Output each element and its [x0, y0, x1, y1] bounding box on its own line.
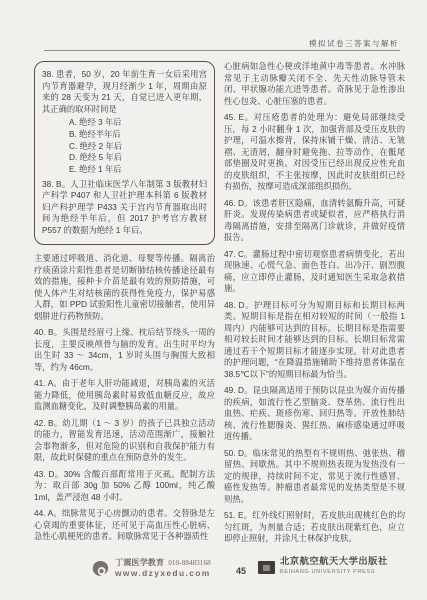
- publisher-name-en: BEIHANG UNIVERSITY PRESS: [280, 568, 388, 578]
- answer-45: 45. E。对压疮患者的处理为：避免局部继续受压，每 2 小时翻身 1 次，加强…: [224, 112, 405, 193]
- two-column-body: 38. 患者，50 岁，20 年前生育一女后采用宫内节育器避孕，现月经渐少 1 …: [34, 61, 405, 545]
- question-38-option-c: C. 绝经 2 年后: [69, 141, 207, 153]
- dzyx-phone: 010-88483168: [168, 558, 211, 567]
- question-38-option-e: E. 绝经 1 年后: [69, 164, 207, 176]
- publisher-text: 北京航空航天大学出版社 BEIHANG UNIVERSITY PRESS: [280, 558, 388, 577]
- answer-42: 42. B。幼儿期（1 ～ 3 岁）的孩子已具独立活动的能力，智能发育迅速，活动…: [34, 418, 215, 464]
- answer-41: 41. A。由于老年人肝功能减退，对胰岛素的灭活能力降低，使用胰岛素时易致低血糖…: [34, 378, 215, 413]
- running-head: 模拟试卷三答案与解析: [309, 38, 399, 49]
- dzyx-url: www.dzyxedu.com: [115, 568, 211, 578]
- question-38-text: 38. 患者，50 岁，20 年前生育一女后采用宫内节育器避孕，现月经渐少 1 …: [42, 69, 207, 115]
- answer-43: 43. D。30% 含酸百部酊常用于灭虱。配制方法为：取百部 30g 加 50%…: [34, 469, 215, 504]
- highlighted-question-box: 38. 患者，50 岁，20 年前生育一女后采用宫内节育器避孕，现月经渐少 1 …: [34, 61, 215, 245]
- question-38-option-b: B. 绝经半年后: [69, 129, 207, 141]
- question-38-option-a: A. 绝经 3 年后: [69, 117, 207, 129]
- answer-40: 40. B。头围是经眉弓上缘、枕后结节绕头一周的长度，主要反映颅骨与脑的发育。出…: [34, 327, 215, 373]
- publisher-footer-logo: 北京航空航天大学出版社 BEIHANG UNIVERSITY PRESS: [258, 558, 388, 577]
- header-rule: [44, 50, 400, 51]
- answer-44-partial: 44. A。绌脉常见于心房颤动的患者。交替脉是左心衰竭的重要体征，还可见于高血压…: [34, 508, 215, 543]
- right-column: 心脏病如急性心梗或洋地黄中毒等患者。水冲脉常见于主动脉瓣关闭不全、先天性动脉导管…: [224, 61, 405, 545]
- answer-44-continuation: 心脏病如急性心梗或洋地黄中毒等患者。水冲脉常见于主动脉瓣关闭不全、先天性动脉导管…: [224, 61, 405, 107]
- dzyx-name: 丁震医学教育: [115, 558, 164, 567]
- answer-38-explanation: 38. B。人卫社临床医学八年制第 3 版教材妇产科学 P407 和人卫社护理本…: [42, 179, 207, 237]
- answer-48: 48. D。护理目标可分为短期目标和长期目标两类。短期目标是指在相对较短的时间（…: [224, 300, 405, 381]
- dzyx-logo-text: 丁震医学教育 010-88483168 www.dzyxedu.com: [115, 558, 211, 578]
- dzyx-name-and-phone: 丁震医学教育 010-88483168: [115, 558, 211, 568]
- question-38-option-d: D. 绝经 5 年后: [69, 152, 207, 164]
- dzyx-footer-logo: 丁震医学教育 010-88483168 www.dzyxedu.com: [90, 558, 211, 578]
- answer-51: 51. E。红外线灯照射时，若皮肤出现桃红色的均匀红斑，为剂量合适；若皮肤出现紫…: [224, 510, 405, 545]
- scanned-book-page: 模拟试卷三答案与解析 38. 患者，50 岁，20 年前生育一女后采用宫内节育器…: [0, 0, 427, 600]
- left-column: 38. 患者，50 岁，20 年前生育一女后采用宫内节育器避孕，现月经渐少 1 …: [34, 61, 215, 545]
- swirl-logo-icon: [90, 559, 111, 578]
- answer-50: 50. D。临床常见的热型有不规则热、弛张热、稽留热、间歇热。其中不规则热表现为…: [224, 448, 405, 506]
- answer-39-continuation: 主要通过呼吸道、消化道、母婴等传播。隔离治疗痰菌涂片阳性患者是切断肺结核传播途径…: [34, 253, 215, 322]
- answer-47: 47. C。灌肠过程中密切观察患者病情变化，若出现脉速、心慌气急、面色苍白、出冷…: [224, 249, 405, 295]
- answer-46: 46. D。该患者肝区隐痛，血清转氨酶升高，可疑肝炎。发现传染病患者或疑似者，应…: [224, 198, 405, 244]
- publisher-name-cn: 北京航空航天大学出版社: [280, 558, 388, 568]
- page-number: 45: [236, 566, 246, 576]
- answer-49: 49. D。昆虫隔离适用于预防以昆虫为媒介而传播的疾病，如流行性乙型脑炎、登革热…: [224, 385, 405, 443]
- beihang-press-logo-icon: [258, 561, 275, 574]
